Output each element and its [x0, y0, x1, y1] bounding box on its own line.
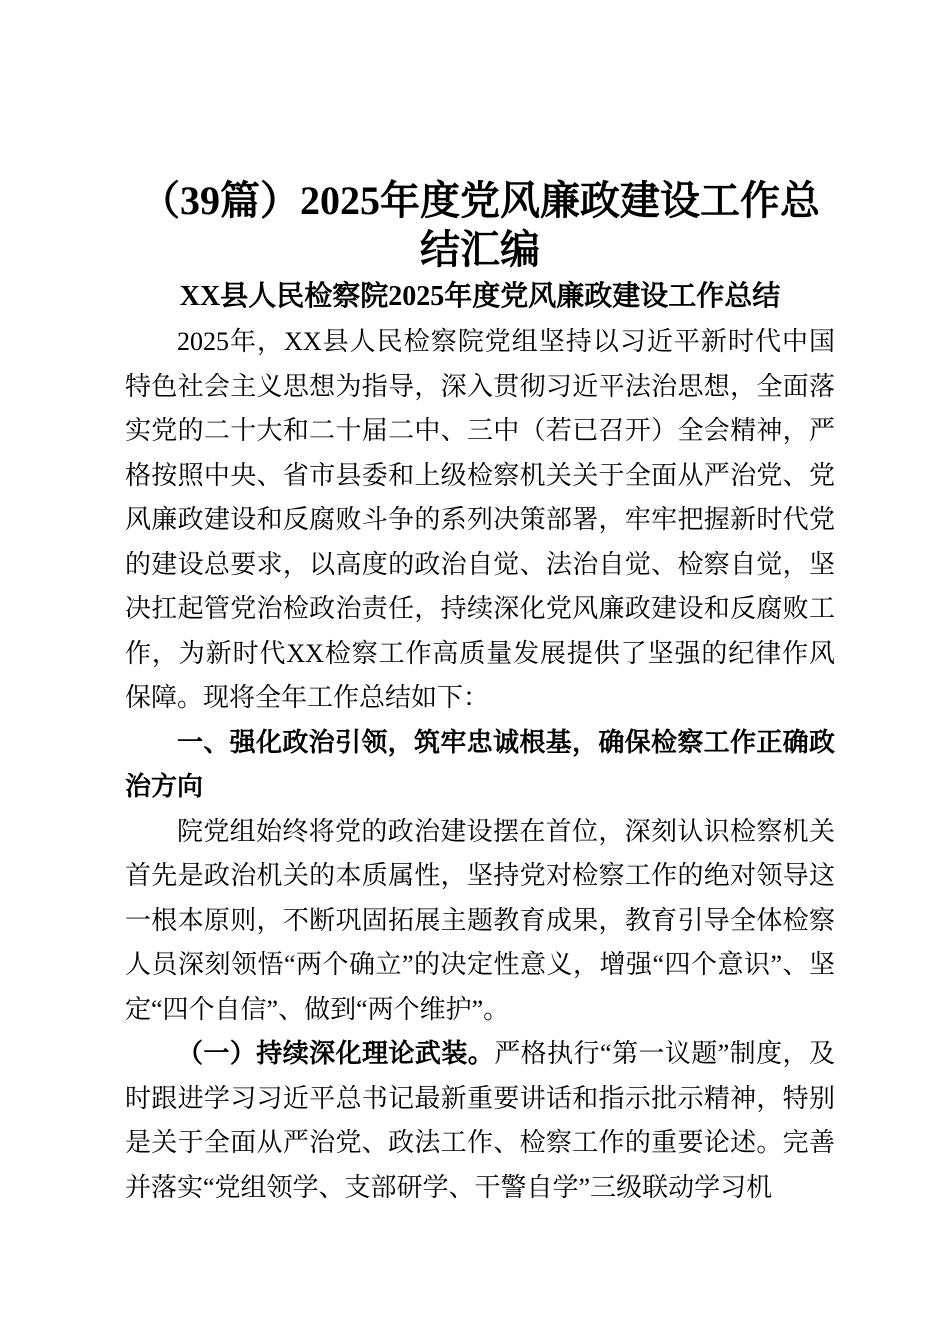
body-paragraph: 2025年，XX县人民检察院党组坚持以习近平新时代中国特色社会主义思想为指导，深…	[125, 320, 835, 721]
document-title: （39篇）2025年度党风廉政建设工作总结汇编	[125, 176, 835, 274]
document-page: （39篇）2025年度党风廉政建设工作总结汇编 XX县人民检察院2025年度党风…	[0, 0, 950, 1344]
document-paragraphs: 2025年，XX县人民检察院党组坚持以习近平新时代中国特色社会主义思想为指导，深…	[125, 320, 835, 1208]
document-content: （39篇）2025年度党风廉政建设工作总结汇编 XX县人民检察院2025年度党风…	[125, 176, 835, 1208]
body-paragraph: （一）持续深化理论武装。严格执行“第一议题”制度，及时跟进学习习近平总书记最新重…	[125, 1032, 835, 1208]
document-subtitle: XX县人民检察院2025年度党风廉政建设工作总结	[125, 274, 835, 320]
section-heading: 一、强化政治引领，筑牢忠诚根基，确保检察工作正确政治方向	[125, 721, 835, 810]
paragraph-lead: （一）持续深化理论武装。	[177, 1039, 494, 1068]
body-paragraph: 院党组始终将党的政治建设摆在首位，深刻认识检察机关首先是政治机关的本质属性，坚持…	[125, 810, 835, 1033]
